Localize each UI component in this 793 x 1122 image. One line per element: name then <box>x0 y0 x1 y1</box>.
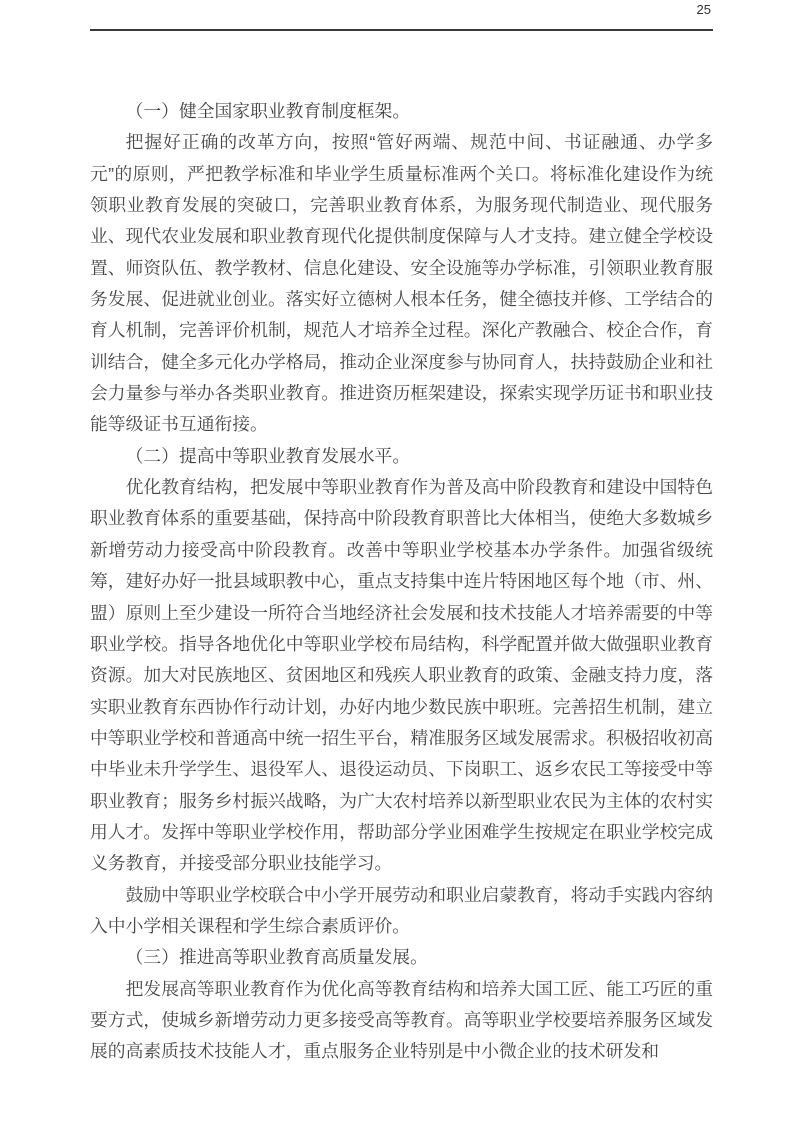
section-heading-1: （一）健全国家职业教育制度框架。 <box>90 96 713 127</box>
document-content: （一）健全国家职业教育制度框架。 把握好正确的改革方向，按照“管好两端、规范中间… <box>90 96 713 1068</box>
page-number: 25 <box>697 2 711 17</box>
paragraph-4: 把发展高等职业教育作为优化高等教育结构和培养大国工匠、能工巧匠的重要方式，使城乡… <box>90 974 713 1068</box>
paragraph-3: 鼓励中等职业学校联合中小学开展劳动和职业启蒙教育，将动手实践内容纳入中小学相关课… <box>90 880 713 943</box>
paragraph-1: 把握好正确的改革方向，按照“管好两端、规范中间、书证融通、办学多元”的原则，严把… <box>90 127 713 440</box>
paragraph-2: 优化教育结构，把发展中等职业教育作为普及高中阶段教育和建设中国特色职业教育体系的… <box>90 472 713 879</box>
section-heading-2: （二）提高中等职业教育发展水平。 <box>90 441 713 472</box>
section-heading-3: （三）推进高等职业教育高质量发展。 <box>90 942 713 973</box>
document-page: 25 （一）健全国家职业教育制度框架。 把握好正确的改革方向，按照“管好两端、规… <box>0 0 793 1122</box>
header-rule <box>90 29 713 31</box>
